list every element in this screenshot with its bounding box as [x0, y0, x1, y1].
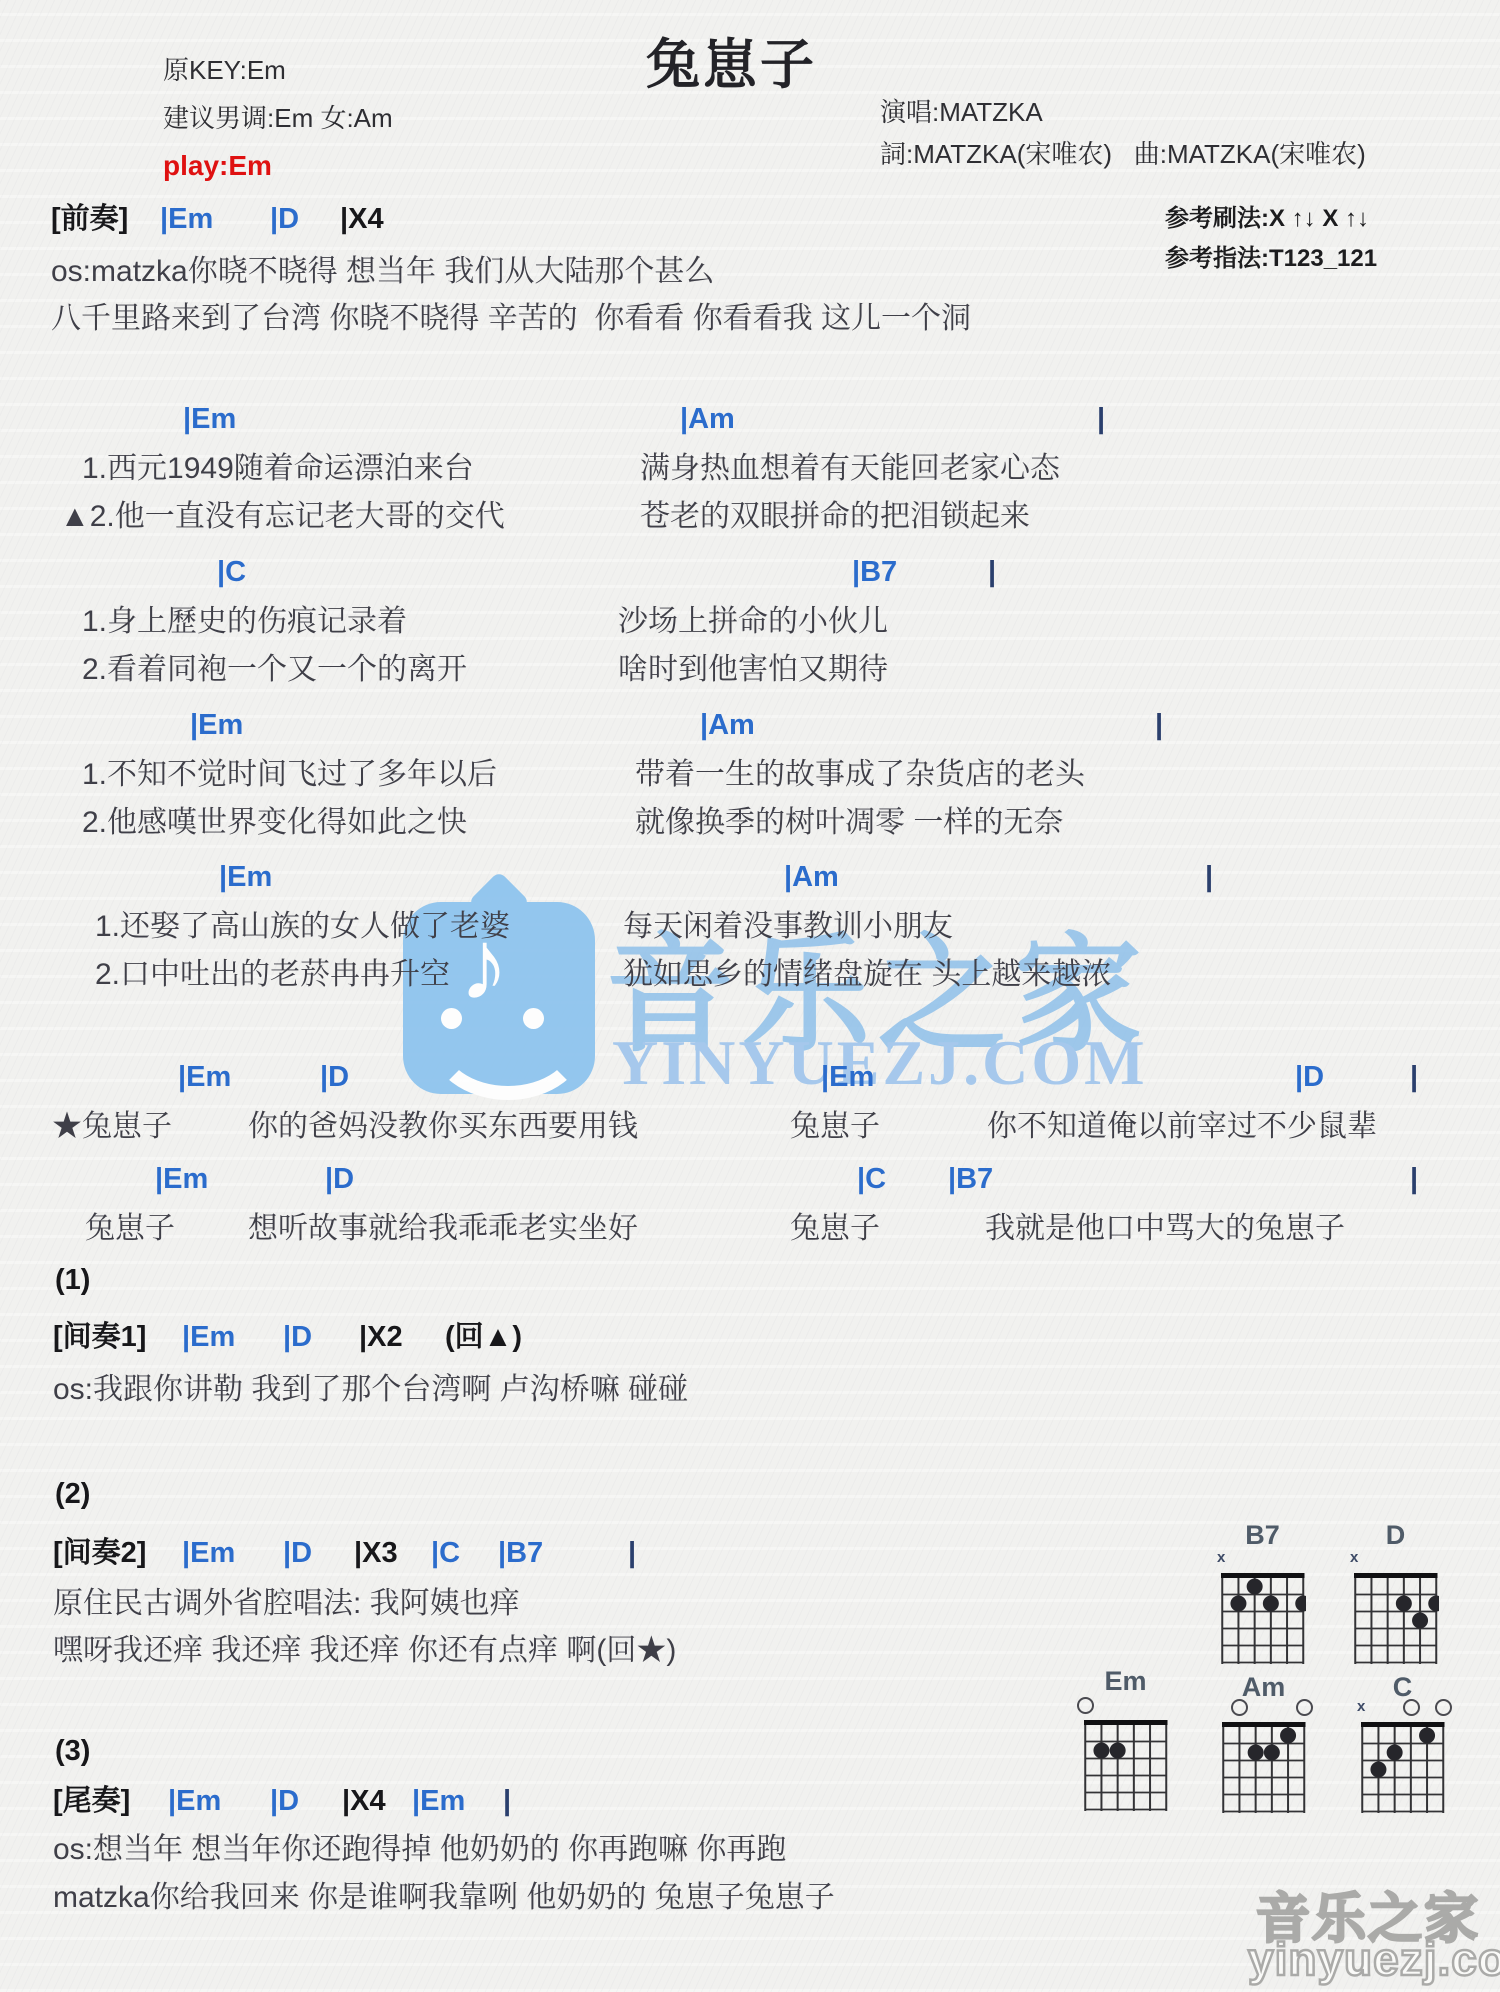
chord-diagram-grid-c: [1361, 1722, 1446, 1820]
chord-diagram-label-b7: B7: [1212, 1520, 1313, 1551]
open-string-marker: [1296, 1699, 1313, 1716]
muted-string-marker: x: [1357, 1698, 1365, 1715]
chord-diagram-label-c: C: [1352, 1672, 1453, 1703]
open-string-marker: [1231, 1699, 1248, 1716]
open-string-marker: [1435, 1699, 1452, 1716]
chord-diagram-grid-am: [1222, 1722, 1307, 1820]
chord-diagrams-layer: B7xDxEmAmCx: [0, 0, 1500, 1992]
chord-diagram-grid-b7: [1221, 1573, 1306, 1671]
open-string-marker: [1403, 1699, 1420, 1716]
muted-string-marker: x: [1350, 1549, 1358, 1566]
chord-diagram-grid-d: [1354, 1573, 1439, 1671]
chord-diagram-label-d: D: [1345, 1520, 1446, 1551]
open-string-marker: [1077, 1697, 1094, 1714]
muted-string-marker: x: [1217, 1549, 1225, 1566]
chord-sheet-page: 兔崽子 ♪ 音乐之家 YINYUEZJ.COM 音乐之家 yinyuezj.co…: [0, 0, 1500, 1992]
chord-diagram-label-em: Em: [1075, 1666, 1176, 1697]
chord-diagram-grid-em: [1084, 1720, 1169, 1818]
chord-diagram-label-am: Am: [1213, 1672, 1314, 1703]
